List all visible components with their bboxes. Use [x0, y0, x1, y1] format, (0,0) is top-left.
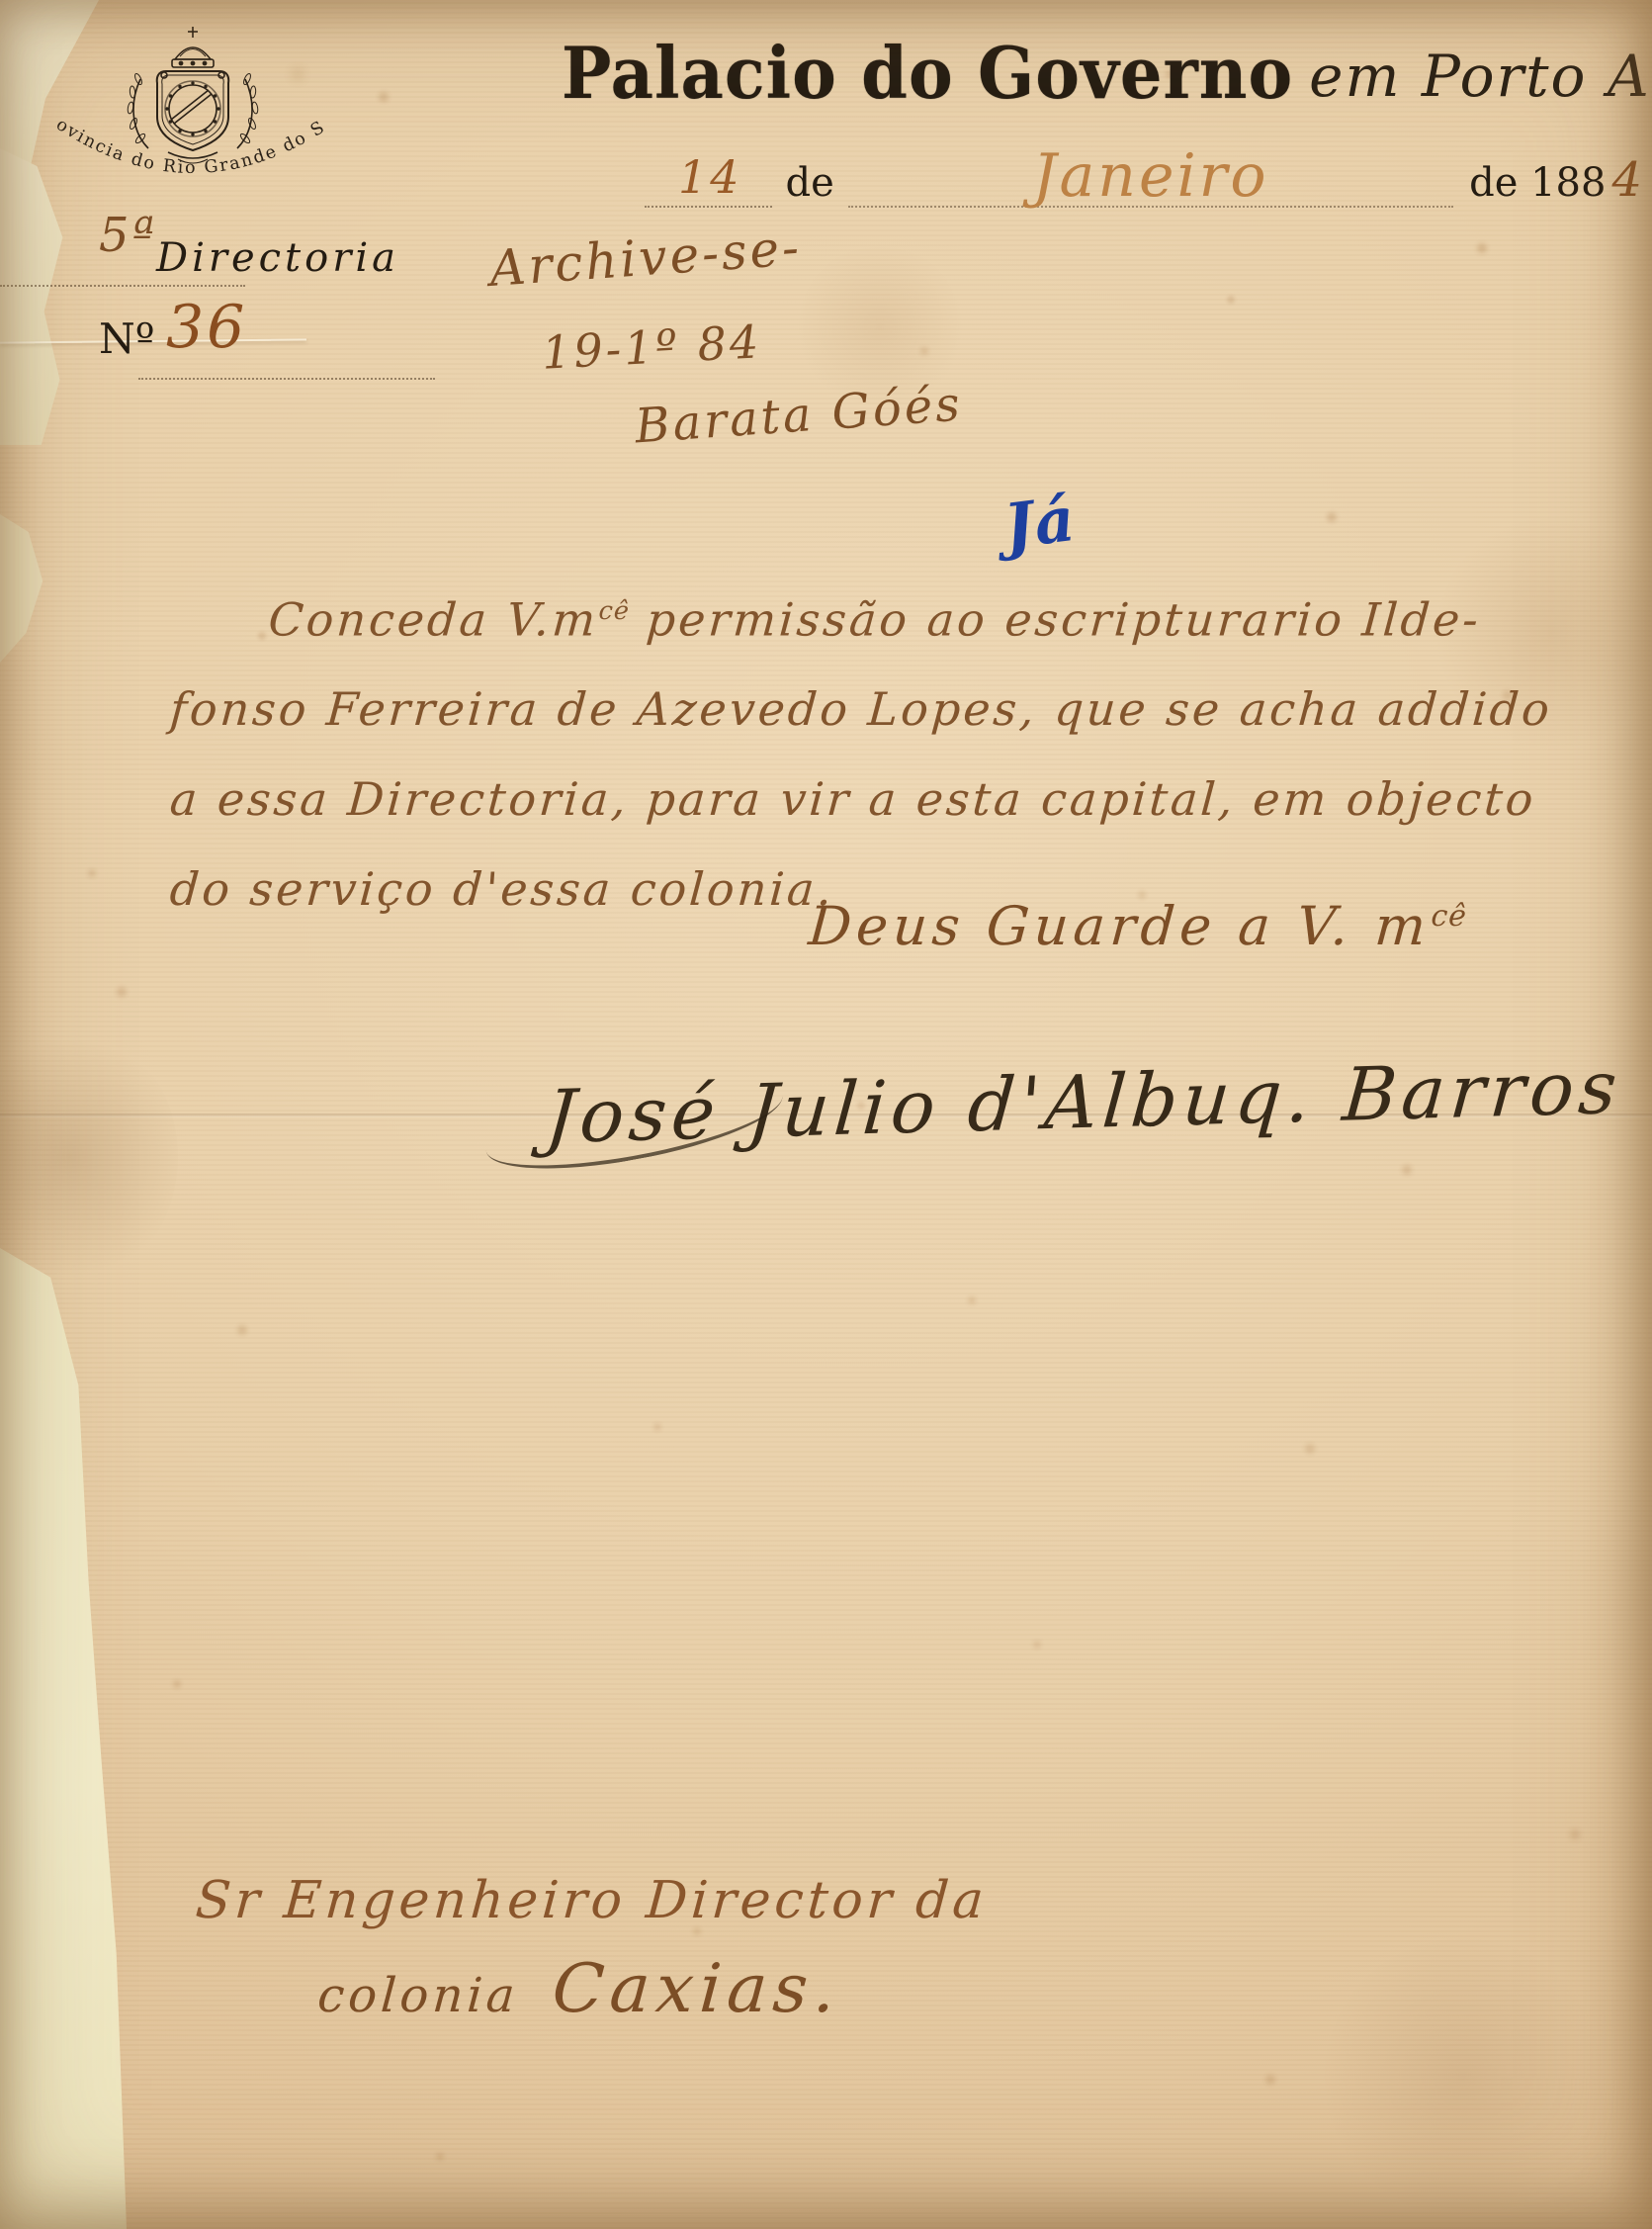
body-line-1-text: Conceda V.m: [267, 592, 600, 646]
superscript-abbreviation: cê: [1430, 899, 1468, 934]
addressee-line2: colonia Caxias.: [315, 1950, 843, 2028]
body-line-2: fonso Ferreira de Azevedo Lopes, que se …: [167, 665, 1557, 755]
document-page: Provincia do Rio Grande do Sul. Palacio …: [0, 0, 1652, 2229]
numero-label: Nº: [99, 314, 155, 363]
addressee-line1: Sr Engenheiro Director da: [194, 1871, 990, 1930]
directoria-label: Directoria: [156, 235, 399, 281]
emblem-caption: Provincia do Rio Grande do Sul.: [30, 22, 329, 178]
date-line: 14 de Janeiro de 188 4: [645, 146, 1645, 208]
valediction: Deus Guarde a V. mcê: [807, 895, 1469, 957]
superscript-abbreviation: cê: [598, 596, 631, 625]
addressee-caxias: Caxias.: [550, 1950, 843, 2028]
letterhead-title-gothic: Palacio do Governo: [562, 31, 1293, 115]
stain: [1315, 1938, 1611, 2215]
letterhead-title-script: em Porto Alegre,: [1309, 43, 1652, 110]
date-de-year-label: de 188: [1469, 160, 1606, 206]
foxing-spots: [0, 0, 6, 6]
archive-note-signature: Barata Góés: [633, 376, 964, 454]
date-day: 14: [645, 150, 772, 208]
paper-backing-bottom-left: [0, 1248, 127, 2229]
dotted-line: [0, 285, 245, 287]
svg-text:Provincia do Rio Grande do Sul: Provincia do Rio Grande do Sul.: [30, 22, 329, 178]
imperial-coat-of-arms: Provincia do Rio Grande do Sul.: [30, 22, 356, 205]
letterhead-title: Palacio do Governo em Porto Alegre,: [562, 34, 1652, 112]
letter-body: Conceda V.mcê permissão ao escripturario…: [170, 566, 1554, 935]
body-line-1-rest: permissão ao escripturario Ilde-: [627, 592, 1482, 646]
numero-value: 36: [166, 293, 247, 362]
dotted-line: [138, 378, 435, 380]
body-line-3: a essa Directoria, para vir a esta capit…: [167, 755, 1557, 845]
archive-note-line1: Archive-se-: [487, 219, 803, 298]
valediction-text: Deus Guarde a V. m: [807, 895, 1433, 957]
body-line-1: Conceda V.mcê permissão ao escripturario…: [166, 566, 1557, 665]
date-de-label: de: [786, 160, 834, 206]
addressee-colonia: colonia: [316, 1968, 521, 2023]
date-month: Janeiro: [848, 146, 1453, 208]
date-year-digit: 4: [1611, 152, 1645, 208]
directoria-number: 5ª: [99, 208, 157, 263]
blue-ink-note: Já: [1000, 483, 1080, 563]
archive-note-date: 19-1º 84: [541, 314, 763, 380]
paper-tear-left-mid: [0, 514, 47, 663]
president-signature: José Julio d'Albuq. Barros: [543, 1045, 1624, 1161]
stain: [0, 1028, 178, 1286]
